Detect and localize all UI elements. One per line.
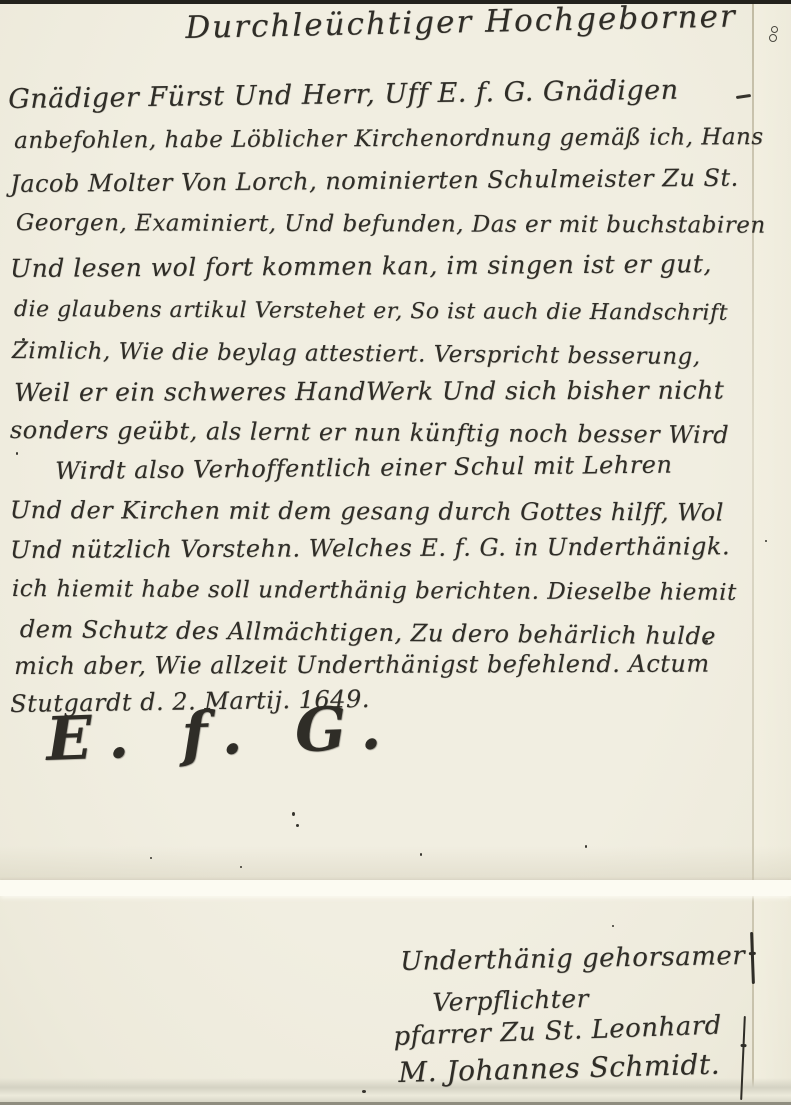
ink-speck (705, 640, 708, 643)
letter-page: Durchleüchtiger Hochgeborner Gnädiger Fü… (0, 0, 791, 1105)
ink-speck (16, 452, 18, 455)
body-line: dem Schutz des Allmächtigen, Zu dero beh… (20, 615, 716, 650)
horizontal-crease (0, 880, 791, 896)
signature-line: Verpflichter (432, 984, 589, 1017)
signature-line: pfarrer Zu St. Leonhard (393, 1011, 722, 1052)
scan-bottom-edge (0, 1078, 791, 1105)
body-line: Jacob Molter Von Lorch, nominierten Schu… (10, 164, 739, 198)
ink-speck (240, 866, 242, 868)
body-line: ich hiemit habe soll underthänig bericht… (12, 576, 737, 606)
signature-line: Underthänig gehorsamer (400, 941, 745, 977)
monogram-initials: E. f. G. (45, 693, 398, 775)
ink-speck (22, 338, 25, 341)
body-line: Und der Kirchen mit dem gesang durch Got… (10, 496, 724, 526)
ink-speck (292, 812, 295, 816)
body-line: Und lesen wol fort kommen kan, im singen… (10, 249, 712, 283)
ink-speck (765, 540, 767, 542)
ink-speck (420, 853, 422, 856)
body-line: Und nützlich Vorstehn. Welches E. f. G. … (10, 532, 730, 564)
ink-speck (362, 1090, 366, 1093)
body-line: Wirdt also Verhoffentlich einer Schul mi… (55, 451, 673, 485)
ink-speck (150, 857, 152, 859)
body-line: Georgen, Examiniert, Und befunden, Das e… (16, 210, 766, 239)
ink-speck (296, 824, 299, 827)
crease-shadow (0, 846, 791, 880)
letter-heading: Durchleüchtiger Hochgeborner (185, 0, 737, 46)
body-line: Zimlich, Wie die beylag attestiert. Vers… (12, 338, 701, 370)
body-line: sonders geübt, als lernt er nun künftig … (10, 416, 729, 449)
ink-speck (585, 845, 587, 848)
body-line: die glaubens artikul Verstehet er, So is… (14, 297, 728, 326)
corner-pen-mark (769, 26, 777, 44)
body-line: Weil er ein schweres HandWerk Und sich b… (14, 376, 724, 407)
ink-speck (612, 925, 614, 927)
margin-dash-mark (736, 94, 751, 99)
page-right-margin (754, 4, 791, 1105)
body-line: Gnädiger Fürst Und Herr, Uff E. f. G. Gn… (8, 75, 679, 115)
body-line: anbefohlen, habe Löblicher Kirchenordnun… (14, 124, 764, 154)
body-line: mich aber, Wie allzeit Underthänigst bef… (14, 650, 710, 680)
